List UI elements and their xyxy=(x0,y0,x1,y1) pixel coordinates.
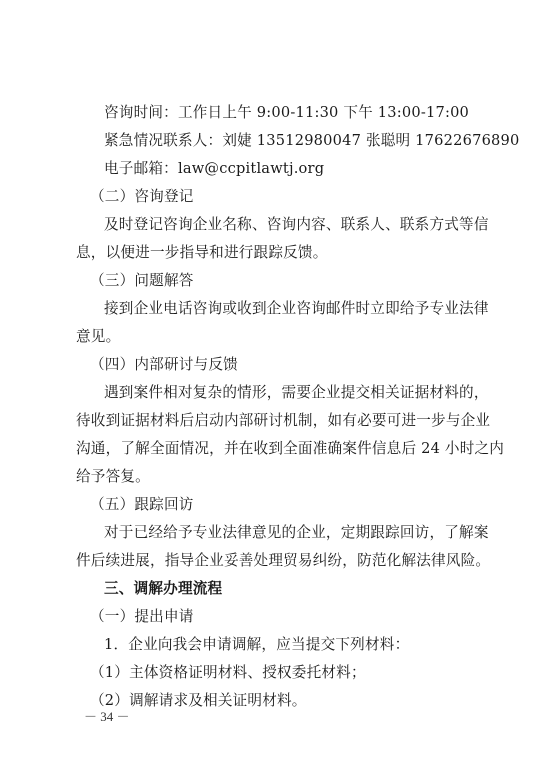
list-item: 1．企业向我会申请调解，应当提交下列材料： xyxy=(104,635,524,655)
paragraph-line: 息，以便进一步指导和进行跟踪反馈。 xyxy=(76,243,496,263)
section-heading-follow-up: （五）跟踪回访 xyxy=(90,495,510,515)
paragraph-line: 待收到证据材料后启动内部研讨机制，如有必要可进一步与企业 xyxy=(76,411,496,431)
section-heading-answer: （三）问题解答 xyxy=(90,271,510,291)
document-page: 咨询时间：工作日上午 9:00-11:30 下午 13:00-17:00 紧急情… xyxy=(0,0,554,783)
paragraph-line: 沟通，了解全面情况，并在收到全面准确案件信息后 24 小时之内 xyxy=(76,439,496,459)
chapter-heading-mediation: 三、调解办理流程 xyxy=(104,579,524,599)
section-heading-registration: （二）咨询登记 xyxy=(90,187,510,207)
paragraph-line: 对于已经给予专业法律意见的企业，定期跟踪回访，了解案 xyxy=(104,523,524,543)
section-heading-application: （一）提出申请 xyxy=(90,607,510,627)
email-line: 电子邮箱：law@ccpitlawtj.org xyxy=(104,159,524,179)
paragraph-line: 给予答复。 xyxy=(76,467,496,487)
paragraph-line: 意见。 xyxy=(76,327,496,347)
section-heading-internal-review: （四）内部研讨与反馈 xyxy=(90,355,510,375)
page-number: － 34 － xyxy=(84,706,130,725)
paragraph-line: 件后续进展，指导企业妥善处理贸易纠纷，防范化解法律风险。 xyxy=(76,551,496,571)
paragraph-line: 接到企业电话咨询或收到企业咨询邮件时立即给予专业法律 xyxy=(104,299,524,319)
emergency-contacts-line: 紧急情况联系人：刘婕 13512980047 张聪明 17622676890 xyxy=(104,131,524,151)
paragraph-line: 及时登记咨询企业名称、咨询内容、联系人、联系方式等信 xyxy=(104,215,524,235)
consult-hours-line: 咨询时间：工作日上午 9:00-11:30 下午 13:00-17:00 xyxy=(104,103,524,123)
list-item: （2）调解请求及相关证明材料。 xyxy=(90,691,510,711)
paragraph-line: 遇到案件相对复杂的情形，需要企业提交相关证据材料的， xyxy=(104,383,524,403)
list-item: （1）主体资格证明材料、授权委托材料； xyxy=(90,663,510,683)
